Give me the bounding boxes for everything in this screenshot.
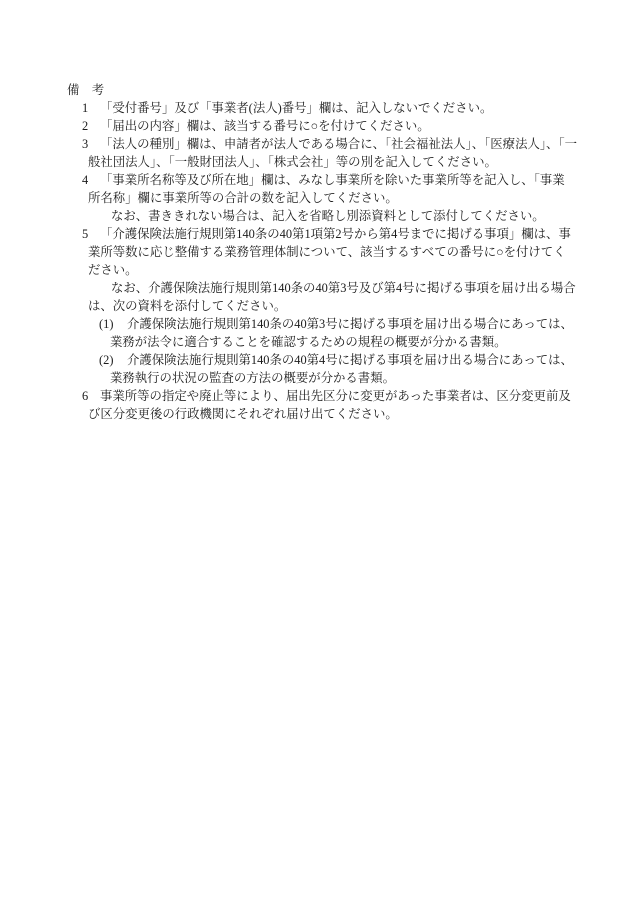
note-line: 般社団法人」、「一般財団法人」、「株式会社」等の別を記入してください。 [0,153,630,171]
note-line: 業務が法令に適合することを確認するための規程の概要が分かる書類。 [0,333,630,351]
note-text: 所名称」欄に事業所等の合計の数を記入してください。 [88,191,398,205]
note-line: 6事業所等の指定や廃止等により、届出先区分に変更があった事業者は、区分変更前及 [0,387,630,405]
note-text: 業務執行の状況の監査の方法の概要が分かる書類。 [110,371,395,385]
note-number: 1 [82,99,88,117]
document-page: 備 考1「受付番号」及び「事業者(法人)番号」欄は、記入しないでください。2「届… [0,0,630,915]
note-number: 5 [82,225,88,243]
note-number: 6 [82,387,88,405]
note-line: 5「介護保険法施行規則第140条の40第1項第2号から第4号までに掲げる事項」欄… [0,225,630,243]
remarks-title-text: 備 考 [67,83,104,97]
note-text: 「介護保険法施行規則第140条の40第1項第2号から第4号までに掲げる事項」欄は… [100,227,571,241]
remarks-title: 備 考 [0,81,630,99]
note-line: なお、介護保険法施行規則第140条の40第3号及び第4号に掲げる事項を届け出る場… [0,279,630,297]
note-number: (2) [99,351,113,369]
note-number: 4 [82,171,88,189]
note-text: び区分変更後の行政機関にそれぞれ届け出てください。 [88,407,398,421]
remarks-section: 備 考1「受付番号」及び「事業者(法人)番号」欄は、記入しないでください。2「届… [0,81,630,423]
note-text: 事業所等の指定や廃止等により、届出先区分に変更があった事業者は、区分変更前及 [100,389,571,403]
note-text: 「受付番号」及び「事業者(法人)番号」欄は、記入しないでください。 [100,101,492,115]
note-line: ださい。 [0,261,630,279]
note-line: 4「事業所名称等及び所在地」欄は、みなし事業所を除いた事業所等を記入し、「事業 [0,171,630,189]
note-number: 2 [82,117,88,135]
note-line: (2)介護保険法施行規則第140条の40第4号に掲げる事項を届け出る場合にあって… [0,351,630,369]
note-text: なお、書ききれない場合は、記入を省略し別添資料として添付してください。 [111,209,545,223]
note-text: 介護保険法施行規則第140条の40第3号に掲げる事項を届け出る場合にあっては、 [127,317,573,331]
note-number: 3 [82,135,88,153]
note-line: 1「受付番号」及び「事業者(法人)番号」欄は、記入しないでください。 [0,99,630,117]
note-line: 2「届出の内容」欄は、該当する番号に○を付けてください。 [0,117,630,135]
note-text: 「事業所名称等及び所在地」欄は、みなし事業所を除いた事業所等を記入し、「事業 [100,173,565,187]
note-text: 「法人の種別」欄は、申請者が法人である場合に、「社会福祉法人」、「医療法人」、「… [100,137,577,151]
note-text: 「届出の内容」欄は、該当する番号に○を付けてください。 [100,119,430,133]
note-line: なお、書ききれない場合は、記入を省略し別添資料として添付してください。 [0,207,630,225]
note-number: (1) [99,315,113,333]
note-text: は、次の資料を添付してください。 [88,299,286,313]
note-line: び区分変更後の行政機関にそれぞれ届け出てください。 [0,405,630,423]
note-line: 3「法人の種別」欄は、申請者が法人である場合に、「社会福祉法人」、「医療法人」、… [0,135,630,153]
note-text: 介護保険法施行規則第140条の40第4号に掲げる事項を届け出る場合にあっては、 [127,353,573,367]
note-text: 般社団法人」、「一般財団法人」、「株式会社」等の別を記入してください。 [88,155,497,169]
note-line: 所名称」欄に事業所等の合計の数を記入してください。 [0,189,630,207]
note-line: 業所等数に応じ整備する業務管理体制について、該当するすべての番号に○を付けてく [0,243,630,261]
note-text: 業務が法令に適合することを確認するための規程の概要が分かる書類。 [110,335,507,349]
note-text: なお、介護保険法施行規則第140条の40第3号及び第4号に掲げる事項を届け出る場… [111,281,576,295]
note-line: (1)介護保険法施行規則第140条の40第3号に掲げる事項を届け出る場合にあって… [0,315,630,333]
note-line: 業務執行の状況の監査の方法の概要が分かる書類。 [0,369,630,387]
note-text: 業所等数に応じ整備する業務管理体制について、該当するすべての番号に○を付けてく [88,245,566,259]
note-line: は、次の資料を添付してください。 [0,297,630,315]
note-text: ださい。 [88,263,138,277]
